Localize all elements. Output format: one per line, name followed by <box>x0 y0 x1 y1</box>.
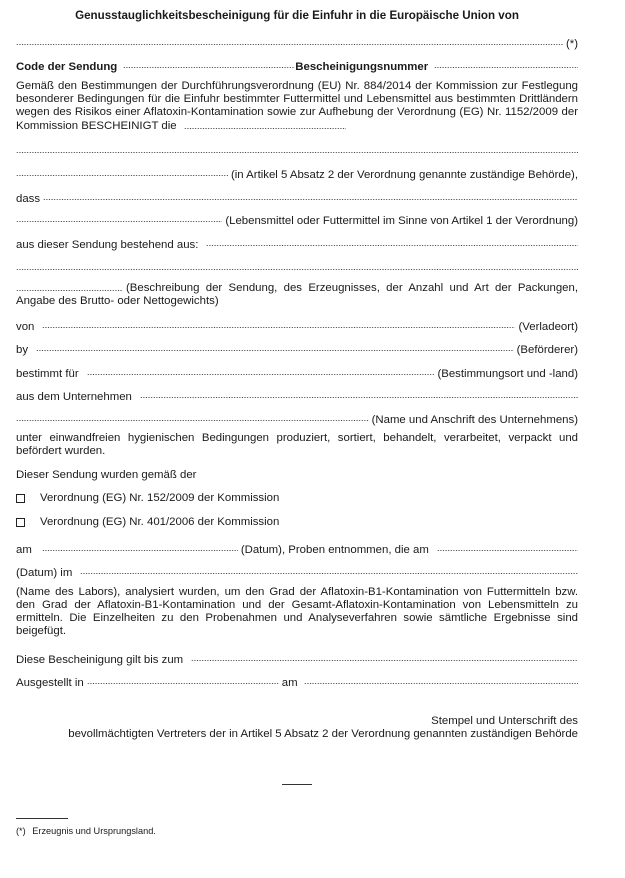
company-line: aus dem Unternehmen <box>16 386 578 400</box>
dass-field[interactable] <box>43 188 578 202</box>
analysis-date-field[interactable] <box>437 539 578 553</box>
by-hint: (Beförderer) <box>517 343 578 357</box>
lab-paragraph: (Name des Labors), analysiert wurden, um… <box>16 586 578 638</box>
issued-on-field[interactable] <box>304 672 578 686</box>
certificate-number-label: Bescheinigungsnummer <box>295 60 428 74</box>
am-label: am <box>16 543 32 557</box>
valid-until-line: Diese Bescheinigung gilt bis zum <box>16 649 578 663</box>
description-field[interactable] <box>16 281 122 291</box>
product-line: (Lebensmittel oder Futtermittel im Sinne… <box>16 210 578 224</box>
sample-date-line: am (Datum), Proben entnommen, die am <box>16 539 578 553</box>
valid-until-label: Diese Bescheinigung gilt bis zum <box>16 653 183 667</box>
destination-field[interactable] <box>87 363 435 377</box>
date-in-label: (Datum) im <box>16 566 72 580</box>
from-hint: (Verladeort) <box>518 320 578 334</box>
product-field[interactable] <box>16 210 222 224</box>
certificate-number-field[interactable] <box>434 56 578 70</box>
separator-rule <box>282 784 312 785</box>
hygiene-paragraph: unter einwandfreien hygienischen Bedingu… <box>16 432 578 458</box>
from-line: von (Verladeort) <box>16 316 578 330</box>
regulation-option-2[interactable]: Verordnung (EG) Nr. 401/2006 der Kommiss… <box>16 515 578 529</box>
by-label: by <box>16 343 28 357</box>
code-line: Code der Sendung Bescheinigungsnummer <box>16 56 578 70</box>
code-field[interactable] <box>123 56 295 70</box>
origin-footnote-marker: (*) <box>566 37 578 51</box>
footnote-rule <box>16 818 68 819</box>
company-field-2[interactable] <box>16 409 369 423</box>
destination-line: bestimmt für (Bestimmungsort und -land) <box>16 363 578 377</box>
document-title: Genusstauglichkeitsbescheinigung für die… <box>16 9 578 22</box>
authority-field-end[interactable] <box>16 164 228 178</box>
footnote-marker: (*) <box>16 826 26 836</box>
issued-line: Ausgestellt in am <box>16 672 578 686</box>
regulation-152-2009-checkbox[interactable] <box>16 494 25 503</box>
by-field[interactable] <box>36 339 514 353</box>
authority-continuation-line <box>16 141 578 155</box>
company-label: aus dem Unternehmen <box>16 390 132 404</box>
company-hint: (Name und Anschrift des Unternehmens) <box>372 413 578 427</box>
date-hint-samples: (Datum), Proben entnommen, die am <box>241 543 429 557</box>
authority-hint: (in Artikel 5 Absatz 2 der Verordnung ge… <box>231 168 578 182</box>
footnote: (*) Erzeugnis und Ursprungsland. <box>16 826 156 836</box>
product-hint: (Lebensmittel oder Futtermittel im Sinne… <box>225 214 578 228</box>
signature-block: Stempel und Unterschrift des bevollmächt… <box>68 715 578 741</box>
description-paragraph: (Beschreibung der Sendung, des Erzeugnis… <box>16 281 578 308</box>
authority-hint-line: (in Artikel 5 Absatz 2 der Verordnung ge… <box>16 164 578 178</box>
origin-line: (*) <box>16 33 578 47</box>
consignment-field-2[interactable] <box>16 258 578 272</box>
issued-in-field[interactable] <box>87 672 279 686</box>
valid-until-field[interactable] <box>191 649 578 663</box>
destination-hint: (Bestimmungsort und -land) <box>437 367 578 381</box>
dass-label: dass <box>16 192 40 206</box>
regulation-option-1-label: Verordnung (EG) Nr. 152/2009 der Kommiss… <box>40 491 279 505</box>
authority-field[interactable] <box>16 141 578 155</box>
origin-field[interactable] <box>16 33 563 47</box>
footnote-text: Erzeugnis und Ursprungsland. <box>32 826 156 836</box>
dass-line: dass <box>16 188 578 202</box>
consignment-line: aus dieser Sendung bestehend aus: <box>16 234 578 248</box>
lab-name-field[interactable] <box>80 562 578 576</box>
consignment-label: aus dieser Sendung bestehend aus: <box>16 238 198 252</box>
regulation-intro-line: Dieser Sendung wurden gemäß der <box>16 468 578 482</box>
regulation-401-2006-checkbox[interactable] <box>16 518 25 527</box>
authority-field-start[interactable] <box>184 119 346 129</box>
regulation-option-2-label: Verordnung (EG) Nr. 401/2006 der Kommiss… <box>40 515 279 529</box>
code-label: Code der Sendung <box>16 60 117 74</box>
intro-paragraph: Gemäß den Bestimmungen der Durchführungs… <box>16 80 578 133</box>
lab-line: (Datum) im <box>16 562 578 576</box>
regulation-option-1[interactable]: Verordnung (EG) Nr. 152/2009 der Kommiss… <box>16 491 578 505</box>
destination-label: bestimmt für <box>16 367 79 381</box>
from-field[interactable] <box>42 316 515 330</box>
signature-line-1: Stempel und Unterschrift des <box>68 715 578 728</box>
company-field[interactable] <box>140 386 578 400</box>
by-line: by (Beförderer) <box>16 339 578 353</box>
issued-in-label: Ausgestellt in <box>16 676 84 690</box>
from-label: von <box>16 320 34 334</box>
company-hint-line: (Name und Anschrift des Unternehmens) <box>16 409 578 423</box>
consignment-continuation-line <box>16 258 578 272</box>
issued-on-label: am <box>282 676 298 690</box>
sampling-date-field[interactable] <box>42 539 238 553</box>
regulation-intro: Dieser Sendung wurden gemäß der <box>16 468 196 482</box>
consignment-field[interactable] <box>206 234 578 248</box>
signature-line-2: bevollmächtigten Vertreters der in Artik… <box>68 728 578 741</box>
